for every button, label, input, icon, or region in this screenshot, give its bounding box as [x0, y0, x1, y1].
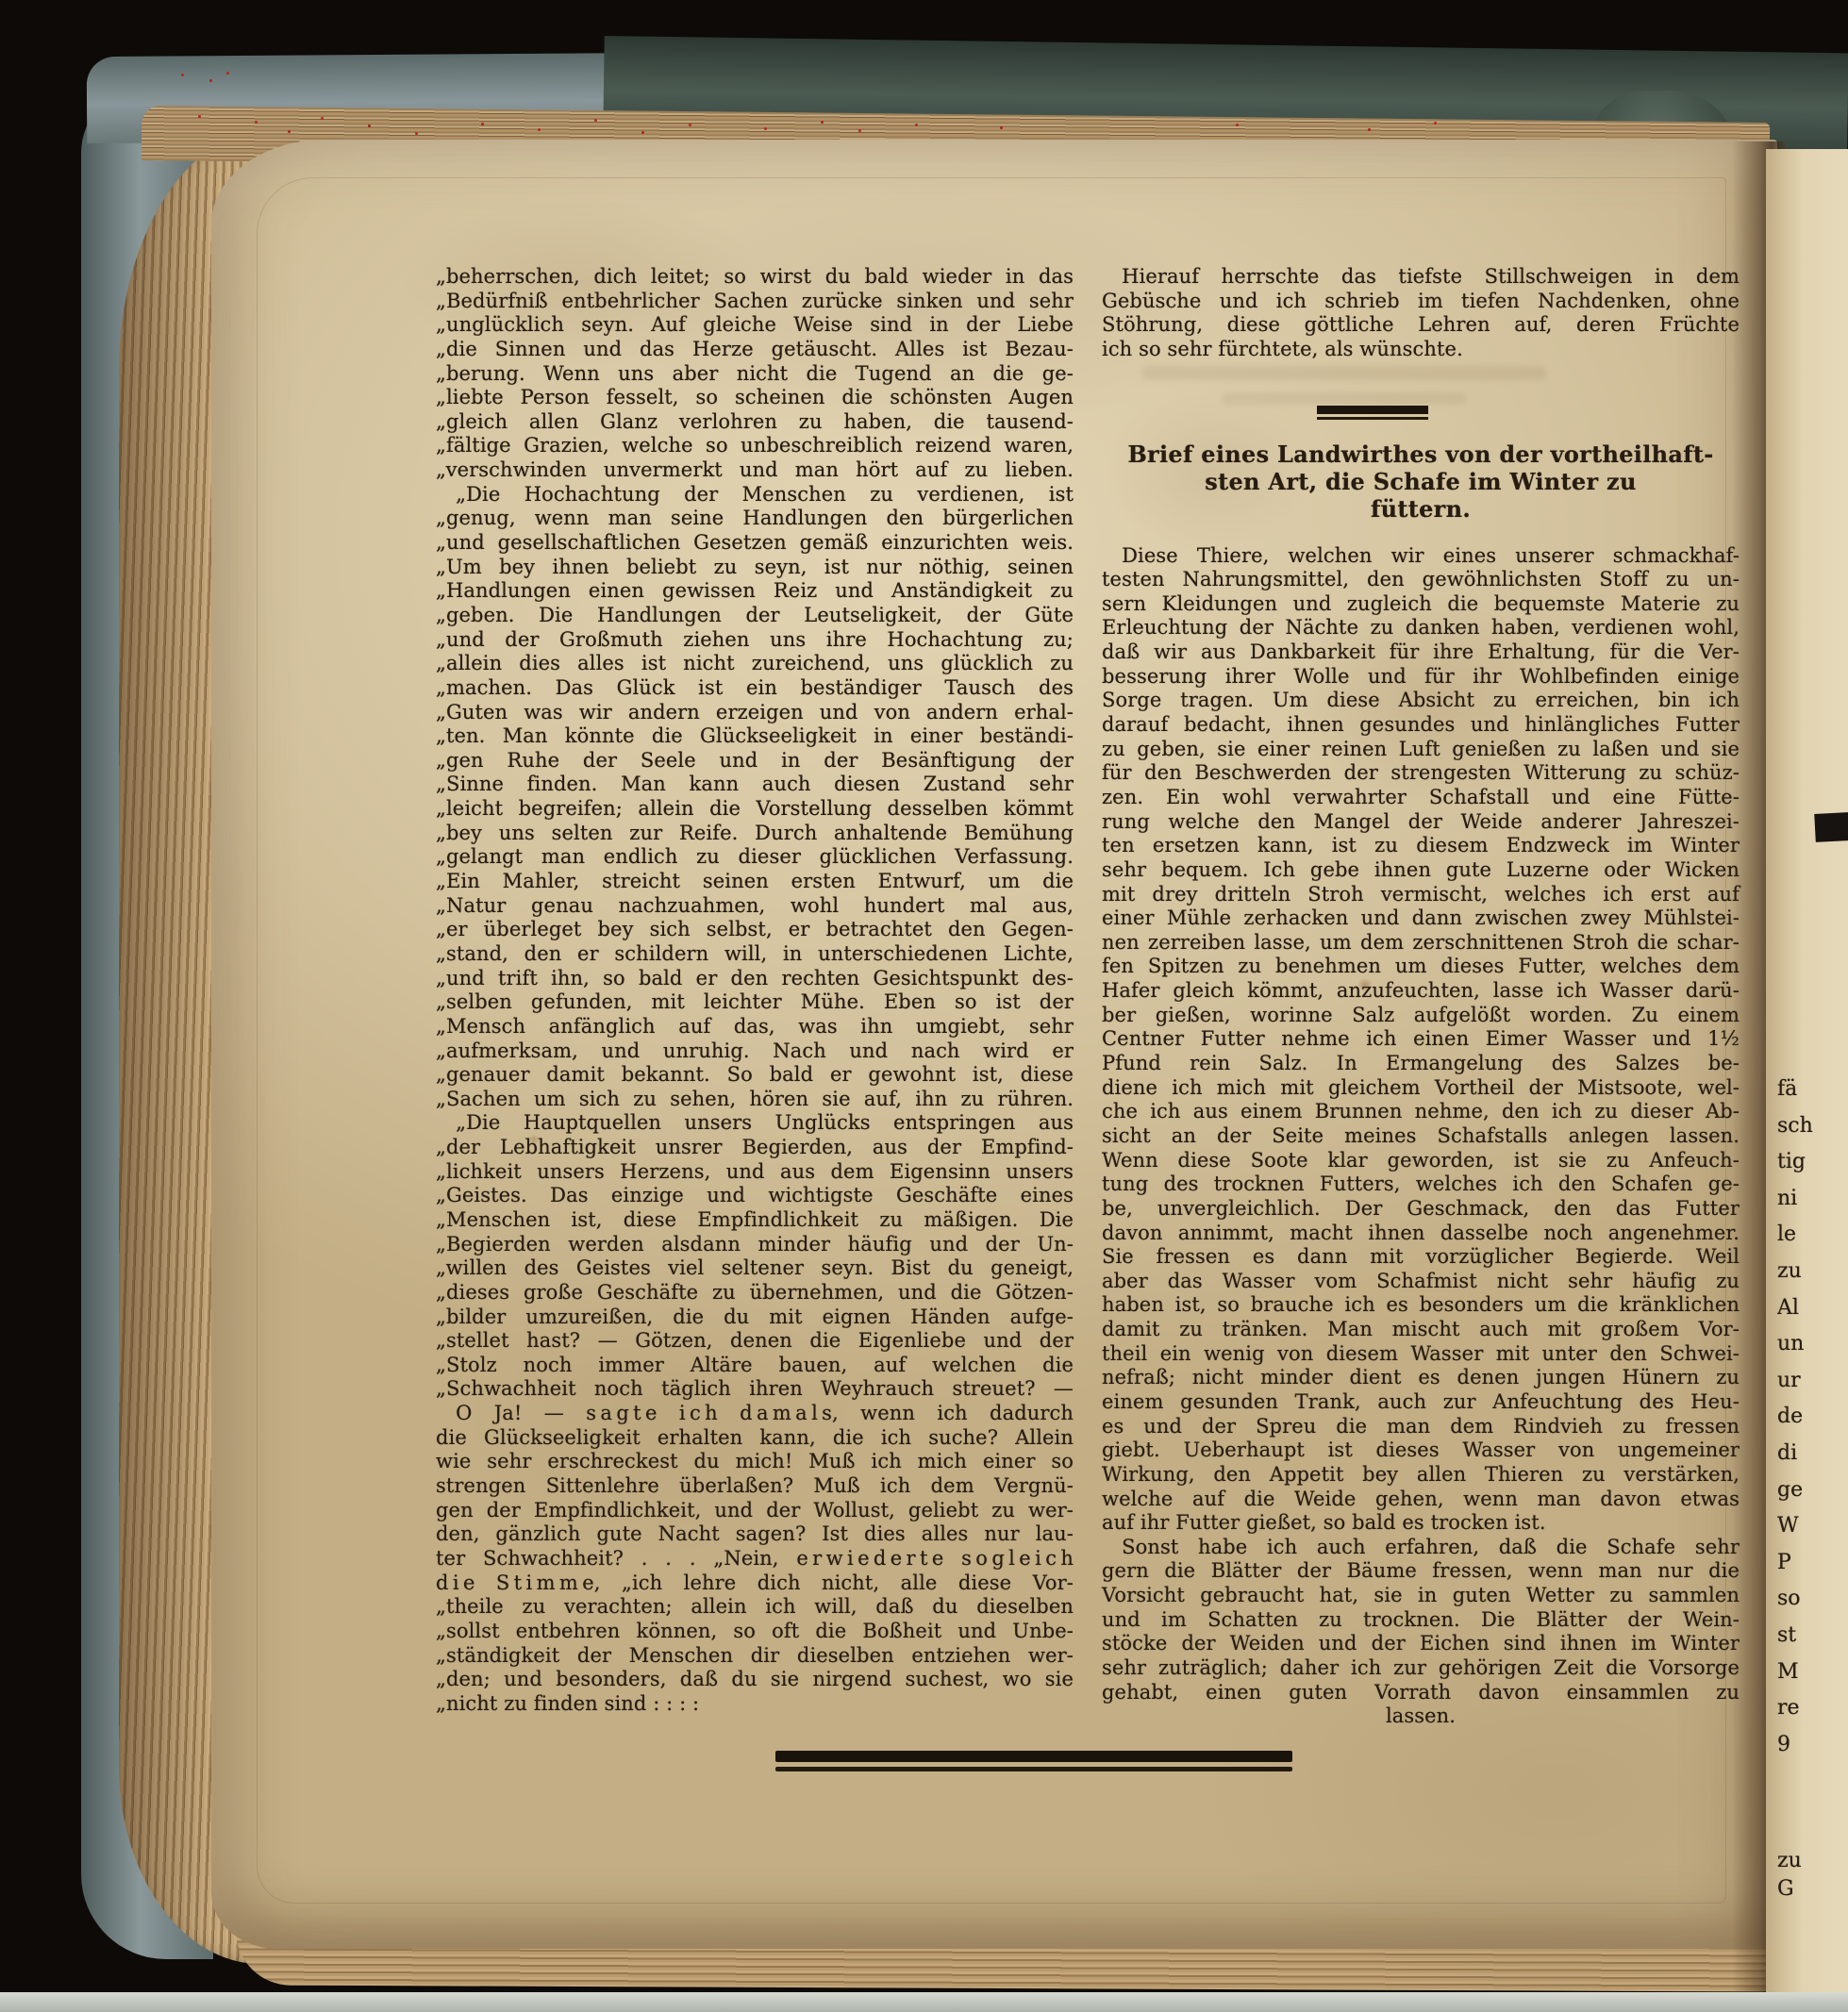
left-text-column: „beherrschen, dich leitet; so wirst du b… — [436, 265, 1074, 1716]
footer-double-rule — [775, 1751, 1292, 1771]
text-line: G — [1777, 1875, 1847, 1904]
article-heading: Brief eines Landwirthes von der vortheil… — [1102, 441, 1740, 523]
next-page-text-fragments: fäschtignilezuAlunurdedigeWPsostMre9 — [1777, 1072, 1847, 1763]
text-line: gen der Empfindlichkeit, und der Wollust… — [436, 1499, 1074, 1523]
text-line: le — [1777, 1217, 1847, 1254]
text-line: „bey uns selten zur Reife. Durch anhalte… — [436, 822, 1074, 846]
text-line: „ständigkeit der Menschen dir dieselben … — [436, 1644, 1074, 1669]
text-line: „und der Großmuth ziehen uns ihre Hochac… — [436, 628, 1074, 653]
text-line: sten Art, die Schafe im Winter zu — [1102, 468, 1740, 495]
text-line: „theile zu verachten; allein ich will, d… — [436, 1595, 1074, 1620]
text-line: ni — [1777, 1181, 1847, 1218]
footer-thick-bar — [775, 1751, 1292, 1762]
text-line: „dieses große Geschäfte zu übernehmen, u… — [436, 1281, 1074, 1305]
text-line: damit zu tränken. Man mischt auch mit gr… — [1102, 1318, 1740, 1342]
text-line: „Guten was wir andern erzeigen und von a… — [436, 701, 1074, 725]
text-line: „Sinne finden. Man kann auch diesen Zust… — [436, 773, 1074, 797]
text-line: Centner Futter nehme ich einen Eimer Was… — [1102, 1027, 1740, 1052]
text-line: aber das Wasser vom Schafmist nicht sehr… — [1102, 1270, 1740, 1294]
text-line: „Begierden werden alsdann minder häufig … — [436, 1233, 1074, 1257]
text-line: O Ja! — s a g t e i c h d a m a l s, wen… — [436, 1402, 1074, 1426]
text-line: „Menschen ist, diese Empfindlichkeit zu … — [436, 1208, 1074, 1233]
text-line: Vorsicht gebraucht hat, sie in guten Wet… — [1102, 1584, 1740, 1608]
text-line: lassen. — [1102, 1704, 1740, 1729]
text-line: ber gießen, worinne Salz aufgelößt worde… — [1102, 1004, 1740, 1028]
text-line: „Mensch anfänglich auf das, was ihn umgi… — [436, 1015, 1074, 1039]
text-line: „aufmerksam, und unruhig. Nach und nach … — [436, 1039, 1074, 1064]
text-line: Sonst habe ich auch erfahren, daß die Sc… — [1102, 1536, 1740, 1560]
text-line: fä — [1777, 1072, 1847, 1108]
text-line: di — [1777, 1436, 1847, 1472]
text-line: „willen des Geistes viel seltener seyn. … — [436, 1256, 1074, 1281]
next-page-text-fragments-lower: zuG — [1777, 1847, 1847, 1904]
text-line: haben ist, so brauche ich es besonders u… — [1102, 1293, 1740, 1318]
footer-thin-bar — [775, 1767, 1292, 1771]
text-line: Sie fressen es dann mit vorzüglicher Beg… — [1102, 1245, 1740, 1270]
text-line: daß wir aus Dankbarkeit für ihre Erhaltu… — [1102, 640, 1740, 665]
text-line: zu geben, sie einer reinen Luft genießen… — [1102, 738, 1740, 762]
text-line: sehr bequem. Ich gebe ihnen gute Luzerne… — [1102, 858, 1740, 883]
text-line: ich so sehr fürchtete, als wünschte. — [1102, 338, 1740, 362]
text-line: „bilder umzureißen, die du mit eignen Hä… — [436, 1305, 1074, 1330]
text-line: ge — [1777, 1472, 1847, 1509]
text-line: nen zerreiben lasse, um dem zerschnitten… — [1102, 931, 1740, 956]
text-line: testen Nahrungsmittel, den gewöhnlichste… — [1102, 568, 1740, 592]
text-line: Hafer gleich kömmt, anzufeuchten, lasse … — [1102, 979, 1740, 1004]
text-line: theil ein wenig von diesem Wasser mit un… — [1102, 1342, 1740, 1367]
text-line: tung des trocknen Futters, welches ich d… — [1102, 1172, 1740, 1197]
text-line: giebt. Ueberhaupt ist dieses Wasser von … — [1102, 1438, 1740, 1463]
text-line: „Ein Mahler, streicht seinen ersten Entw… — [436, 870, 1074, 894]
text-line: stöcke der Weiden und der Eichen sind ih… — [1102, 1632, 1740, 1656]
text-line: wie sehr erschreckest du mich! Muß ich m… — [436, 1450, 1074, 1474]
text-line: diene ich mich mit gleichem Vortheil der… — [1102, 1076, 1740, 1101]
text-line: d i e S t i m m e, „ich lehre dich nicht… — [436, 1571, 1074, 1596]
text-line: „liebte Person fesselt, so scheinen die … — [436, 386, 1074, 410]
text-line: Stöhrung, diese göttliche Lehren auf, de… — [1102, 313, 1740, 338]
section-divider-rule — [1317, 406, 1428, 420]
text-line: gehabt, einen guten Vorrath davon einsam… — [1102, 1681, 1740, 1705]
text-line: Pfund rein Salz. In Ermangelung des Salz… — [1102, 1052, 1740, 1076]
next-page-rule-fragment — [1814, 812, 1848, 842]
text-line: P — [1777, 1545, 1847, 1582]
text-line: Diese Thiere, welchen wir eines unserer … — [1102, 544, 1740, 569]
text-line: M — [1777, 1654, 1847, 1691]
text-line: Hierauf herrschte das tiefste Stillschwe… — [1102, 265, 1740, 290]
text-line: Wenn diese Soote klar geworden, ist sie … — [1102, 1149, 1740, 1173]
text-line: „selben gefunden, mit leichter Mühe. Ebe… — [436, 990, 1074, 1015]
text-line: „Sachen um sich zu sehen, hören sie auf,… — [436, 1088, 1074, 1112]
text-line: „ten. Man könnte die Glückseeligkeit in … — [436, 724, 1074, 749]
text-line: „beherrschen, dich leitet; so wirst du b… — [436, 265, 1074, 290]
text-line: es und der Spreu die man dem Rindvieh zu… — [1102, 1415, 1740, 1439]
text-line: „und trift ihn, so bald er den rechten G… — [436, 967, 1074, 991]
text-line: st — [1777, 1618, 1847, 1654]
text-line: „den; und besonders, daß du sie nirgend … — [436, 1668, 1074, 1692]
text-line: „Schwachheit noch täglich ihren Weyhrauc… — [436, 1377, 1074, 1402]
text-line: be, unvergleichlich. Der Geschmack, den … — [1102, 1197, 1740, 1222]
text-line: gern die Blätter der Bäume fressen, wenn… — [1102, 1559, 1740, 1584]
text-line: 9 — [1777, 1727, 1847, 1764]
text-line: „berung. Wenn uns aber nicht die Tugend … — [436, 362, 1074, 387]
closing-paragraph: Hierauf herrschte das tiefste Stillschwe… — [1102, 265, 1740, 362]
article-body: Diese Thiere, welchen wir eines unserer … — [1102, 544, 1740, 1536]
text-line: Sorge tragen. Um diese Absicht zu erreic… — [1102, 689, 1740, 713]
text-line: „geben. Die Handlungen der Leutseligkeit… — [436, 604, 1074, 628]
text-line: einem gesunden Trank, auch zur Anfeuchtu… — [1102, 1390, 1740, 1415]
text-line: Wirkung, den Appetit bey allen Thieren z… — [1102, 1463, 1740, 1488]
text-line: füttern. — [1102, 495, 1740, 523]
text-line: so — [1777, 1581, 1847, 1618]
text-line: strengen Sittenlehre überlaßen? Muß ich … — [436, 1474, 1074, 1499]
text-line: und im Schatten zu trocknen. Die Blätter… — [1102, 1608, 1740, 1633]
text-line: „sollst entbehren können, so oft die Boß… — [436, 1620, 1074, 1644]
right-text-column: Hierauf herrschte das tiefste Stillschwe… — [1102, 265, 1740, 1729]
divider-thin-bar — [1317, 417, 1428, 420]
text-line: ten ersetzen kann, ist zu diesem Endzwec… — [1102, 834, 1740, 858]
text-line: die Glückseeligkeit erhalten kann, die i… — [436, 1426, 1074, 1451]
text-line: ter Schwachheit? . . . „Nein, e r w i e … — [436, 1547, 1074, 1571]
text-line: „stand, den er schildern will, in unters… — [436, 942, 1074, 967]
text-line: mit drey dritteln Stroh vermischt, welch… — [1102, 883, 1740, 907]
text-line: „nicht zu finden sind : : : : — [436, 1692, 1074, 1717]
text-line: „er überleget bey sich selbst, er betrac… — [436, 918, 1074, 942]
text-line: che ich aus einem Brunnen nehme, den ich… — [1102, 1100, 1740, 1124]
text-line: einer Mühle zerhacken und dann zwischen … — [1102, 906, 1740, 931]
text-line: „Um bey ihnen beliebt zu seyn, ist nur n… — [436, 556, 1074, 580]
text-line: „fältige Grazien, welche so unbeschreibl… — [436, 434, 1074, 458]
text-line: „unglücklich seyn. Auf gleiche Weise sin… — [436, 313, 1074, 338]
text-line: „Handlungen einen gewissen Reiz und Anst… — [436, 579, 1074, 604]
text-line: „gelangt man endlich zu dieser glücklich… — [436, 845, 1074, 870]
text-line: „leicht begreifen; allein die Vorstellun… — [436, 797, 1074, 822]
text-line: „Bedürfniß entbehrlicher Sachen zurücke … — [436, 290, 1074, 314]
text-line: de — [1777, 1399, 1847, 1436]
text-line: Brief eines Landwirthes von der vortheil… — [1102, 441, 1740, 468]
red-edge-speckles — [198, 115, 201, 118]
text-line: „stellet hast? — Götzen, denen die Eigen… — [436, 1329, 1074, 1354]
article-final-paragraph: Sonst habe ich auch erfahren, daß die Sc… — [1102, 1536, 1740, 1729]
divider-thick-bar — [1317, 406, 1428, 414]
text-line: Gebüsche und ich schrieb im tiefen Nachd… — [1102, 290, 1740, 314]
text-line: „Die Hauptquellen unsers Unglücks entspr… — [436, 1111, 1074, 1136]
text-line: „und gesellschaftlichen Gesetzen gemäß e… — [436, 531, 1074, 556]
text-line: zu — [1777, 1254, 1847, 1290]
text-line: „allein dies alles ist nicht zureichend,… — [436, 652, 1074, 676]
text-line: sern Kleidungen und zugleich die bequems… — [1102, 592, 1740, 617]
scanner-bed-strip — [0, 1992, 1848, 2012]
text-line: welche auf die Weide gehen, wenn man dav… — [1102, 1488, 1740, 1512]
text-line: für den Beschwerden der strengesten Witt… — [1102, 761, 1740, 786]
text-line: „die Sinnen und das Herze getäuscht. All… — [436, 338, 1074, 362]
text-line: nefraß; nicht minder dient es denen jung… — [1102, 1366, 1740, 1390]
text-line: „Stolz noch immer Altäre bauen, auf welc… — [436, 1354, 1074, 1378]
text-line: ur — [1777, 1363, 1847, 1400]
text-line: „genug, wenn man seine Handlungen den bü… — [436, 507, 1074, 531]
text-line: „genauer damit bekannt. So bald er gewoh… — [436, 1063, 1074, 1088]
text-line: tig — [1777, 1144, 1847, 1181]
text-line: „Die Hochachtung der Menschen zu verdien… — [436, 483, 1074, 507]
text-line: un — [1777, 1326, 1847, 1363]
text-line: Al — [1777, 1290, 1847, 1327]
text-line: „gen Ruhe der Seele und in der Besänftig… — [436, 749, 1074, 773]
text-line: „der Lebhaftigkeit unsrer Begierden, aus… — [436, 1136, 1074, 1160]
text-line: sch — [1777, 1108, 1847, 1145]
text-line: besserung ihrer Wolle und für ihr Wohlbe… — [1102, 665, 1740, 690]
text-line: „lichkeit unsers Herzens, und aus dem Ei… — [436, 1160, 1074, 1185]
text-line: „gleich allen Glanz verlohren zu haben, … — [436, 410, 1074, 435]
text-line: fen Spitzen zu benehmen um dieses Futter… — [1102, 955, 1740, 979]
text-line: „verschwinden unvermerkt und man hört au… — [436, 458, 1074, 483]
text-line: Erleuchtung der Nächte zu danken haben, … — [1102, 616, 1740, 640]
text-line: auf ihr Futter gießet, so bald es trocke… — [1102, 1511, 1740, 1536]
text-line: darauf bedacht, ihnen gesundes und hinlä… — [1102, 713, 1740, 738]
text-line: den, gänzlich gute Nacht sagen? Ist dies… — [436, 1522, 1074, 1547]
text-line: sehr zuträglich; daher ich zur gehörigen… — [1102, 1656, 1740, 1681]
text-line: zu — [1777, 1847, 1847, 1875]
text-line: „machen. Das Glück ist ein beständiger T… — [436, 676, 1074, 701]
text-line: „Natur genau nachzuahmen, wohl hundert m… — [436, 894, 1074, 919]
text-line: sicht an der Seite meines Schafstalls an… — [1102, 1124, 1740, 1149]
text-line: „Geistes. Das einzige und wichtigste Ges… — [436, 1184, 1074, 1208]
text-line: rung welche den Mangel der Weide anderer… — [1102, 810, 1740, 835]
text-line: W — [1777, 1508, 1847, 1545]
text-line: davon annimmt, macht ihnen dasselbe noch… — [1102, 1222, 1740, 1246]
text-line: re — [1777, 1690, 1847, 1727]
book-scan: „beherrschen, dich leitet; so wirst du b… — [0, 0, 1848, 2012]
text-line: zen. Ein wohl verwahrter Schafstall und … — [1102, 786, 1740, 810]
